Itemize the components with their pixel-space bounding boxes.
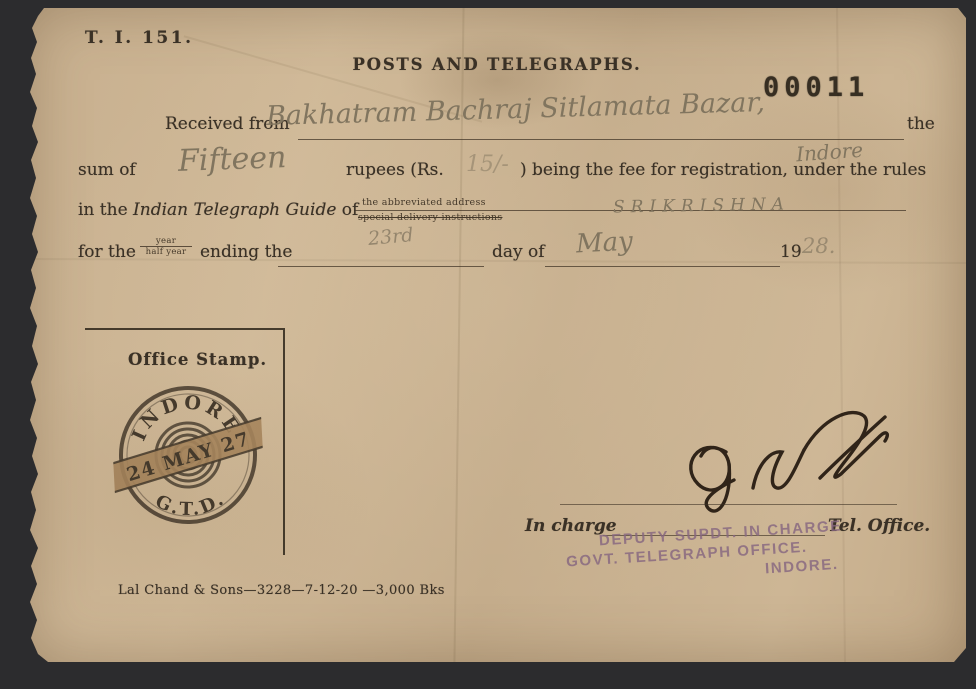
postmark-indore: INDORE 24 MAY 27 G.T.D. — [109, 376, 267, 534]
handwritten-day: 23rd — [367, 224, 414, 250]
year-printed: 19 — [780, 242, 802, 262]
day-of-label: day of — [492, 242, 545, 262]
fraction-half-year: half year — [140, 247, 192, 257]
handwritten-payer-name: Bakhatram Bachraj Sitlamata Bazar, — [266, 87, 766, 132]
guide-line-text: in the Indian Telegraph Guide of — [78, 200, 358, 220]
guide-prefix: in the — [78, 200, 133, 220]
receipt-paper: T. I. 151. POSTS AND TELEGRAPHS. 00011 R… — [28, 8, 966, 662]
guide-title-italic: Indian Telegraph Guide — [133, 200, 336, 220]
year-halfyear-fraction: year half year — [140, 236, 192, 257]
option-abbreviated-address: the abbreviated address — [362, 197, 486, 208]
form-number: T. I. 151. — [85, 28, 194, 48]
ending-the-label: ending the — [200, 242, 292, 262]
handwritten-registered-address: SRIKRISHNA — [613, 194, 790, 217]
handwritten-year: 28. — [802, 234, 835, 258]
rubber-stamp-line-3: INDORE. — [764, 555, 844, 579]
printer-imprint: Lal Chand & Sons—3228—7-12-20 —3,000 Bks — [118, 583, 445, 598]
option-special-delivery-struck: special delivery instructions — [358, 212, 502, 223]
office-stamp-label: Office Stamp. — [128, 350, 267, 369]
scanned-receipt-photo: { "document": { "form_number": "T. I. 15… — [0, 0, 976, 689]
handwritten-month: May — [575, 227, 633, 260]
registration-fee-text: ) being the fee for registration, under … — [520, 160, 926, 180]
signature — [608, 400, 908, 520]
sum-of-label: sum of — [78, 160, 136, 180]
fraction-year: year — [140, 236, 192, 247]
fill-line — [278, 266, 484, 267]
rupees-label: rupees (Rs. — [346, 160, 444, 180]
for-the-label: for the — [78, 242, 136, 262]
tel-office-label: Tel. Office. — [828, 516, 930, 536]
received-from-suffix: the — [907, 114, 935, 134]
fill-line — [545, 266, 780, 267]
serial-number-stamp: 00011 — [763, 72, 869, 103]
handwritten-amount-figures: 15/- — [466, 152, 509, 177]
signature-line — [560, 504, 897, 505]
fill-line — [298, 139, 904, 140]
handwritten-amount-words: Fifteen — [177, 140, 287, 179]
